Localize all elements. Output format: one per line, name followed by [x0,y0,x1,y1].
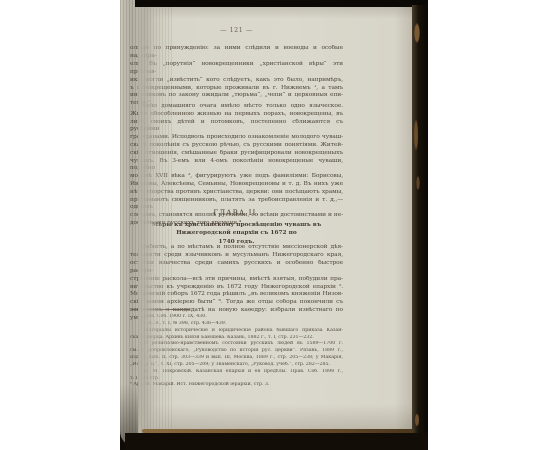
gutter-shadow [138,7,174,434]
page-bottom-edge [142,429,414,433]
photo-backdrop-top [135,0,428,7]
book-fore-edge [412,5,428,434]
screenshot-canvas: — 121 — ольше по принужденію: за ними сл… [0,0,550,450]
photo-backdrop-bottom [125,433,428,450]
book-photo: — 121 — ольше по принужденію: за ними сл… [120,0,428,450]
